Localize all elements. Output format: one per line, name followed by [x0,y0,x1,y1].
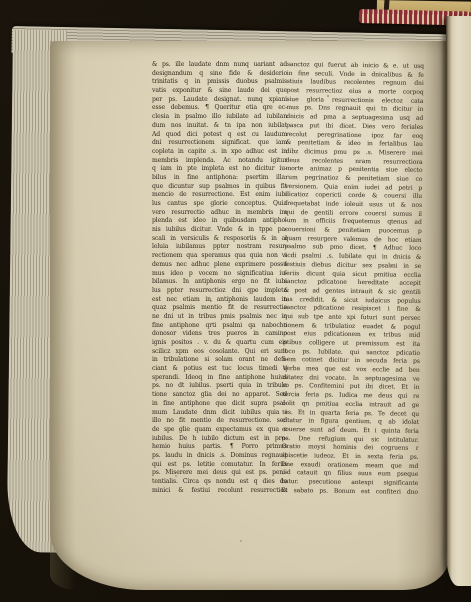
text-line: plenda est ideo in quibusdam antipho- [152,217,287,226]
text-line: q iam in pte impleta est no dicitur iu- [152,165,287,174]
text-line: de spe glie quam expectamus ex qua e [152,426,287,435]
text-line: ne dni ut in tribus pmis psalmis nec in [152,313,287,322]
text-line: leluia iubilamus ppter nostram resur- [152,243,287,252]
text-line: nis iubilus dicitur. Vnde & in tppe pa- [152,226,287,235]
page-left-shading [50,41,76,590]
text-line: per ps. Laudate designat. nunq xpiani [152,96,287,105]
text-line: clesia in psalmo illo iubilate ad iubila… [152,113,287,122]
text-line: ps. no dt iubilus. pserti quia in tribul… [152,382,287,391]
text-line: qui est ps. letitie comutatur. In feriis [152,461,287,470]
text-line: demus nec adhuc plene exprimere possu [152,261,287,270]
text-line: ps. laudu in dnicis .s. Dominus regnauit [152,452,287,461]
text-line: mencio de resurrectione. Est enim iubi [152,191,287,200]
text-line: illo no fit mentio de resurrectione. sed [152,417,287,426]
text-line: esse debemus. ¶ Queritur etia qre ec- [152,104,287,113]
text-line: ps. Miserere mei deus qui est ps. peni- [152,469,287,478]
text-line: hemio huius partis. ¶ Porro primus [152,443,287,452]
text-line: ignis positos . v. du & quartu cum eis [152,339,287,348]
text-line: & ps. ille laudate dnm nunq uariant ad [152,61,287,70]
text-line: rectionem qua speramus qua quia non vi [152,252,287,261]
text-line: copleta in capite .s. in xpo adhuc est i… [152,148,287,157]
text-line: lus ppter resurrectioz dni qpe impleta [152,287,287,296]
facing-page-edge [446,16,471,586]
text-line: minici & festiui recolunt resurrectioz [152,487,287,496]
text-line: trinitatis q in pmissis duobus psalmis [152,78,287,87]
text-line: tentialis. Circa qs nondu est q dies do [152,478,287,487]
text-line: ciant & potius est tuc locus timedi q [152,365,287,374]
text-line: dni resurrectionem significat. que iam [152,139,287,148]
text-line: in fine antiphone que dicit supra psal- [152,400,287,409]
text-line: lus cantus spe glorie conceptus. Quia [152,200,287,209]
text-line: dum nos inuitat. & tn ipa non iubilat [152,122,287,131]
text-line: donosor videns tres pueros in camino [152,330,287,339]
text-line: sperandi. Ideoq in fine antiphone huius [152,374,287,383]
text-line: membris implenda. Ac notandu igitur [152,157,287,166]
text-line: tione sanctoz glia dei no apparet. Sed [152,391,287,400]
text-line: fine antiphone qrti psalmi qa nabocho [152,322,287,331]
text-line: quaz psalmis mentio fit de resurrectio [152,304,287,313]
text-line: que dicuntur sup psalmos in quibus fit [152,183,287,192]
text-line: bilamus. In antiphonis ergo no fit iubi [152,278,287,287]
text-line: designandum q sine fide & desiderio [152,70,287,79]
text-line: vatis exponitur & sine laude dei que [152,87,287,96]
text-line: mum Laudate dnm dicit iubilus quia i [152,409,287,418]
text-line: scilicz xpm eos cosolante. Qui eri sunt [152,348,287,357]
text-line: mus ideo p vocem no significatiua iu- [152,270,287,279]
text-line: bilus in fine antiphona: psertim illa: [152,174,287,183]
text-line: scali in versiculis & resposoriis & in a… [152,235,287,244]
text-column-left: & ps. ille laudate dnm nunq uariant adde… [152,61,287,495]
text-line: Ad quod dici potest q est cu laudum [152,131,287,140]
text-line: vero resurrectio adhuc in membris im [152,209,287,218]
text-line: iubilus. De h iubilo dictum est in pro- [152,435,287,444]
book-photo: & ps. ille laudate dnm nunq uariant adde… [0,0,471,602]
text-line: in tribulatione si solam orant ne defi- [152,356,287,365]
text-line: est nec etiam in antiphonis laudem in [152,296,287,305]
text-column-right: sanctoz qui fuerut ab inicio & e. ut usq… [281,61,424,497]
